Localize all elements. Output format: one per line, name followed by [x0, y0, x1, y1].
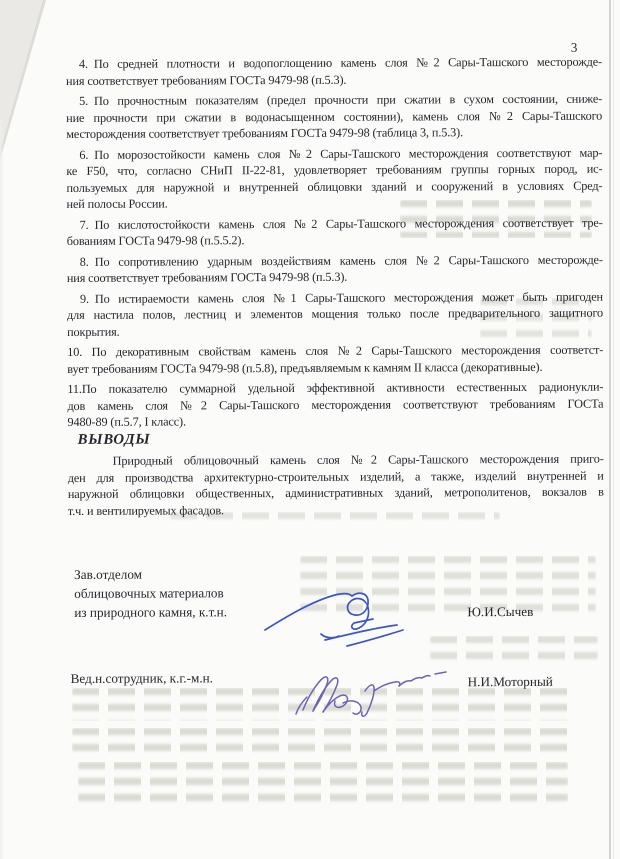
conclusions-heading: ВЫВОДЫ [78, 432, 151, 449]
text-line: 8. По сопротивлению ударным воздействиям… [67, 251, 603, 270]
list-item-9: 9. По истираемости камень слоя №1 Сары-Т… [67, 288, 603, 340]
role-line: Зав.отделом [74, 564, 227, 584]
text-line: ке F50, что, согласно СНиП II-22-81, удо… [66, 161, 602, 180]
list-item-8: 8. По сопротивлению ударным воздействиям… [67, 251, 603, 287]
signature-motorny [288, 660, 488, 722]
signatory-role-1: Зав.отделом облицовочных материалов из п… [74, 564, 227, 622]
list-item-4: 4. По средней плотности и водопоглощению… [66, 54, 602, 90]
text-line: ния соответствует требованиям ГОСТа 9479… [66, 70, 602, 89]
text-line: вует требованиям ГОСТа 9479-98 (п.5.8), … [67, 359, 603, 378]
signature-stroke-group [265, 593, 403, 646]
signature-sychev [255, 578, 430, 663]
list-item-11: 11.По показателю суммарной удельной эффе… [67, 379, 603, 431]
list-item-10: 10. По декоративным свойствам камень сло… [67, 342, 603, 378]
signature-stroke-group [296, 672, 446, 716]
text-line: ния соответствует требованиям ГОСТа 9479… [67, 268, 603, 287]
text-line: ние прочности при сжатии в водонасыщенно… [66, 107, 602, 126]
text-line: ней полосы России. [67, 194, 603, 213]
printed-content: 3 4. По средней плотности и водопоглощен… [0, 0, 620, 859]
list-item-7: 7. По кислотостойкости камень слоя №2 Са… [67, 214, 603, 250]
text-line: покрытия. [67, 322, 603, 341]
text-line: месторождения соответствует требованиям … [66, 124, 602, 143]
text-line: наружной облицовки общественных, админис… [68, 484, 604, 503]
text-line: 9480-89 (п.5.7, I класс). [67, 412, 603, 431]
scanned-document-page: 3 4. По средней плотности и водопоглощен… [0, 0, 620, 859]
text-line: пользуемых для наружной и внутренней обл… [66, 177, 602, 196]
text-line: дов камень слоя №2 Сары-Ташского месторо… [67, 395, 603, 414]
signatory-name-1: Ю.И.Сычев [467, 604, 533, 620]
text-line: т.ч. и вентилируемых фасадов. [68, 500, 604, 519]
signatory-role-2: Вед.н.сотрудник, к.г.-м.н. [71, 668, 213, 688]
role-line: Вед.н.сотрудник, к.г.-м.н. [71, 668, 213, 688]
text-line: 5. По прочностным показателям (предел пр… [66, 91, 602, 110]
role-line: из природного камня, к.т.н. [74, 602, 227, 622]
text-line: Природный облицовочный камень слоя №2 Са… [68, 451, 604, 470]
conclusion-paragraph: Природный облицовочный камень слоя №2 Са… [68, 451, 604, 520]
numbered-findings-list: 4. По средней плотности и водопоглощению… [66, 54, 604, 435]
list-item-5: 5. По прочностным показателям (предел пр… [66, 91, 602, 143]
text-line: 4. По средней плотности и водопоглощению… [66, 54, 602, 73]
text-line: 7. По кислотостойкости камень слоя №2 Са… [67, 214, 603, 233]
role-line: облицовочных материалов [74, 583, 227, 603]
list-item-6: 6. По морозостойкости камень слоя №2 Сар… [66, 144, 602, 213]
text-line: бованиям ГОСТа 9479-98 (п.5.5.2). [67, 231, 603, 250]
text-line: для настила полов, лестниц и элементов м… [67, 305, 603, 324]
